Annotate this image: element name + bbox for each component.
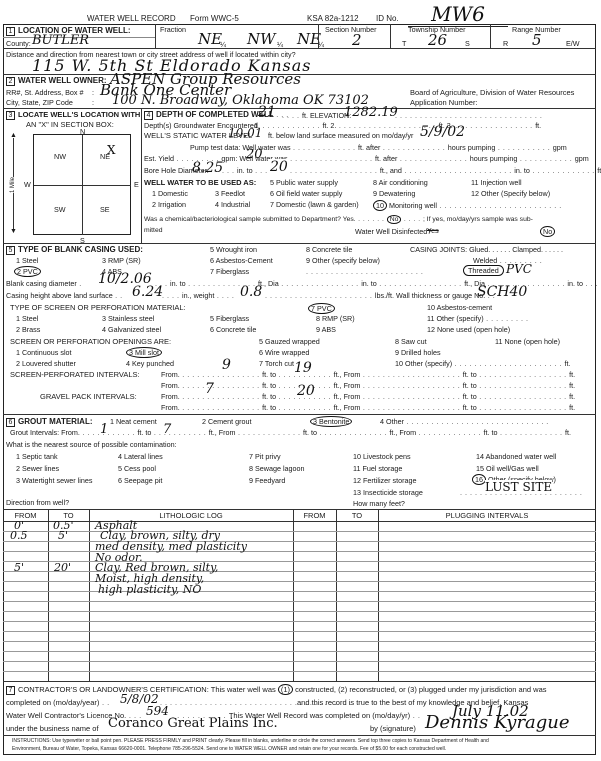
grout-2[interactable]: 2 Cement grout [202,417,252,426]
section6-title: 6GROUT MATERIAL: [6,417,93,427]
grout-3-selected[interactable]: 3 Bentonite [310,416,352,427]
township-field[interactable]: 26 [428,31,447,49]
use-11[interactable]: 11 Injection well [471,178,522,187]
disinfected-no-selected[interactable]: No [540,226,555,237]
log-row-5-to[interactable]: 20' [54,561,71,574]
use-8[interactable]: 8 Air conditioning [373,178,428,187]
signature-field[interactable]: Dennis Kyrague [425,712,570,733]
grout-to-field[interactable]: 7 [163,422,171,437]
casing-2-selected[interactable]: 2 PVC [14,266,41,277]
opening-5[interactable]: 5 Gauzed wrapped [259,337,320,346]
certification-line-1: 7CONTRACTOR'S OR LANDOWNER'S CERTIFICATI… [6,684,547,695]
wall-thickness-field[interactable]: SCH40 [477,284,527,300]
casing-6[interactable]: 6 Asbestos-Cement [210,256,273,265]
screen-1[interactable]: 1 Steel [16,314,38,323]
screen-from-field[interactable]: 9 [222,357,231,373]
east-label: E [134,180,139,189]
screen-to-field[interactable]: 19 [294,360,312,376]
contam-9[interactable]: 9 Feedyard [249,476,285,485]
sw-label: SW [54,205,66,214]
gravel-pack-label: GRAVEL PACK INTERVALS: [40,392,137,401]
direction-label: Direction from well? [6,498,69,507]
grout-4[interactable]: 4 Other . . . . . . . . . . . . . . . . … [380,417,549,426]
bore-depth-field[interactable]: 20 [268,159,290,175]
opening-8[interactable]: 8 Saw cut [395,337,427,346]
screen-intervals-label: SCREEN-PERFORATED INTERVALS: [10,370,140,379]
arrow-down-icon: ▼ [10,228,17,235]
completed-label: completed on (mo/day/year) . . [6,698,110,707]
screen-8[interactable]: 8 RMP (SR) [316,314,355,323]
form-title: WATER WELL RECORD [87,14,176,23]
gravel-from-field[interactable]: 7 [205,381,214,397]
contam-8[interactable]: 8 Sewage lagoon [249,464,305,473]
use-3[interactable]: 3 Feedlot [215,189,245,198]
address-label: RR#, St. Address, Box # [6,88,84,97]
city-label: City, State, ZIP Code [6,98,73,107]
contam-11[interactable]: 11 Fuel storage [353,464,402,473]
section5-title: 5TYPE OF BLANK CASING USED: [6,245,143,255]
log-row-7-desc[interactable]: high plasticity, NO [98,583,201,596]
weight-field[interactable]: 0.8 [240,284,262,300]
casing-9[interactable]: 9 Other (specify below) [306,256,380,265]
screen-5[interactable]: 5 Fiberglass [210,314,249,323]
id-label: ID No. [376,14,399,23]
north-label: N [80,127,85,136]
screen-4[interactable]: 4 Galvanized steel [102,325,161,334]
opening-3-selected[interactable]: 3 Mill slot [126,347,162,358]
yield-water-level-field[interactable]: 20 [246,147,263,162]
screen-3[interactable]: 3 Stainless steel [102,314,154,323]
static-level-field[interactable]: 10.01 [228,126,262,140]
blank-diameter-rest: . . . in. to . . . . . . . . . . . . . .… [155,279,601,288]
sample-mitted: mitted [144,227,163,234]
contam-4[interactable]: 4 Lateral lines [118,452,163,461]
contam-14[interactable]: 14 Abandoned water well [476,452,556,461]
constructed-selected[interactable]: (1) [278,684,293,695]
screen-7-selected[interactable]: 7 PVC [308,303,335,314]
log-row-2-to[interactable]: 5' [58,529,68,542]
screen-6[interactable]: 6 Concrete tile [210,325,256,334]
gravel-to-field[interactable]: 20 [297,383,315,399]
section3-title: 3LOCATE WELL'S LOCATION WITH [6,110,140,120]
fraction-2[interactable]: NW [247,30,276,48]
plug-header-from: FROM [293,511,336,520]
city-field[interactable]: 100 N. Broadway, Oklahoma OK 73102 [112,93,369,108]
opening-1[interactable]: 1 Continuous slot [16,348,72,357]
screen-9[interactable]: 9 ABS [316,325,336,334]
use-label: WELL WATER TO BE USED AS: [144,178,256,187]
fraction-label: Fraction [160,25,186,34]
contam-1[interactable]: 1 Septic tank [16,452,58,461]
west-label: W [24,180,31,189]
static-suffix: ft. below land surface measured on mo/da… [268,131,413,140]
business-name-field[interactable]: Coranco Great Plains Inc. [108,716,278,731]
opening-7[interactable]: 7 Torch cut [259,359,294,368]
colon: : [92,88,94,97]
instructions-line-2: Environment, Bureau of Water, Topeka, Ka… [12,746,446,752]
nw-label: NW [54,152,66,161]
location-mark: X [107,143,116,157]
range-field[interactable]: 5 [532,31,542,49]
casing-joints-label: CASING JOINTS: Glued. . . . . . Clamped.… [410,245,563,254]
application-number-label: Application Number: [410,98,478,107]
mile-label: 1 Mile [10,177,16,193]
casing-1[interactable]: 1 Steel [16,256,38,265]
section-number-label: Section Number [325,25,377,34]
use-7[interactable]: 7 Domestic (lawn & garden) [270,200,359,209]
grout-from-field[interactable]: 1 [100,422,108,437]
opening-2[interactable]: 2 Louvered shutter [16,359,76,368]
static-date-field[interactable]: 5/9/02 [420,124,465,140]
sample-no-selected[interactable]: No [387,215,402,224]
log-row-2-from[interactable]: 0.5 [10,529,28,542]
township-s: S [465,39,470,48]
contam-3[interactable]: 3 Watertight sewer lines [16,476,92,485]
wall-label: . . . . . . . . . . . . . . . . . . . . … [265,291,495,300]
county-label: County: [6,39,31,48]
range-r: R [503,39,508,48]
contam-7[interactable]: 7 Pit privy [249,452,281,461]
blank-diameter-label: Blank casing diameter . [6,279,82,288]
use-9[interactable]: 9 Dewatering [373,189,415,198]
casing-height-label: Casing height above land surface . . [6,291,123,300]
use-5[interactable]: 5 Public water supply [270,178,338,187]
board-label: Board of Agriculture, Division of Water … [410,88,574,97]
screen-11[interactable]: 11 Other (specify) . . . . . . . . . [427,314,529,323]
openings-title: SCREEN OR PERFORATION OPENINGS ARE: [10,337,171,346]
contam-2[interactable]: 2 Sewer lines [16,464,59,473]
ksa-reference: KSA 82a-1212 [307,14,359,23]
use-1[interactable]: 1 Domestic [152,189,188,198]
weight-label: . . . . in., weight . . . . [162,291,234,300]
opening-11[interactable]: 11 None (open hole) [495,337,560,346]
casing-7[interactable]: 7 Fiberglass [210,267,249,276]
use-10-selected[interactable]: 10 Monitoring well . . . . . . . . . . .… [373,200,562,211]
section-box[interactable]: NW NE SW SE X [33,134,131,235]
screen-2[interactable]: 2 Brass [16,325,40,334]
plug-header-intervals: PLUGGING INTERVALS [378,511,596,520]
bore-diameter-field[interactable]: 8.25 [192,160,223,176]
use-6[interactable]: 6 Oil field water supply [270,189,342,198]
screen-material-title: TYPE OF SCREEN OR PERFORATION MATERIAL: [10,303,186,312]
plug-header-to: TO [336,511,378,520]
how-many-feet-label: How many feet? [353,499,405,508]
disinfected-yes[interactable]: Yes [427,226,439,235]
contam-13[interactable]: 13 Insecticide storage [353,488,423,497]
township-t: T [402,39,406,48]
grout-1[interactable]: 1 Neat cement [110,417,157,426]
casing-height-field[interactable]: 6.24 [132,284,163,300]
contam-12[interactable]: 12 Fertilizer storage [353,476,417,485]
use-4[interactable]: 4 Industrial [215,200,250,209]
casing-8[interactable]: 8 Concrete tile [306,245,352,254]
section3-subtitle: AN "X" IN SECTION BOX: [26,120,114,129]
opening-10[interactable]: 10 Other (specify) . . . . . . . . . . .… [395,359,571,368]
contam-6[interactable]: 6 Seepage pit [118,476,162,485]
business-name-label: under the business name of [6,724,99,733]
county-field[interactable]: BUTLER [32,33,89,48]
casing-5[interactable]: 5 Wrought iron [210,245,257,254]
form-number: Form WWC-5 [190,14,239,23]
contam-15[interactable]: 15 Oil well/Gas well [476,464,539,473]
use-2[interactable]: 2 Irrigation [152,200,186,209]
screen-interval-row-2: From. . . . . . . . . . . . . . . . . ft… [161,381,575,390]
elevation-field[interactable]: 1282.19 [344,105,398,120]
casing-3[interactable]: 3 RMP (SR) [102,256,141,265]
opening-6[interactable]: 6 Wire wrapped [259,348,309,357]
use-12[interactable]: 12 Other (Specify below) [471,189,550,198]
threaded-note[interactable]: PVC [506,262,532,276]
section2-title: 2WATER WELL OWNER: [6,76,107,86]
log-row-5-from[interactable]: 5' [14,561,24,574]
fraction-1[interactable]: NE [198,30,222,48]
opening-9[interactable]: 9 Drilled holes [395,348,441,357]
depth-field[interactable]: 21 [258,104,276,120]
screen-10[interactable]: 10 Asbestos-cement [427,303,492,312]
threaded-selected[interactable]: Threaded [463,265,504,276]
grout-intervals-row: Grout Intervals: From. . . . . . . . . .… [10,428,571,437]
contam-other-field[interactable]: LUST SITE [485,480,552,494]
gw-1: 1. . . . . . . . . . . . . ft. 2. . . . … [254,121,541,130]
arrow-up-icon: ▲ [10,132,17,139]
gravel-interval-row-2: From. . . . . . . . . . . . . . . . . ft… [161,403,575,412]
disinfected-label: Water Well Disinfected? [355,227,431,236]
contamination-label: What is the nearest source of possible c… [6,440,177,449]
se-label: SE [100,205,110,214]
signature-label: by (signature) [370,724,416,733]
gravel-interval-row-1: From. . . . . . . . . . . . . . . . . ft… [161,392,575,401]
range-ew[interactable]: E/W [566,39,580,48]
contam-5[interactable]: 5 Cess pool [118,464,156,473]
sample-row: Was a chemical/bacteriological sample su… [144,215,533,224]
colon: : [92,98,94,107]
contam-10[interactable]: 10 Livestock pens [353,452,411,461]
instructions-line-1: INSTRUCTIONS: Use typewriter or ball poi… [12,738,489,744]
opening-4[interactable]: 4 Key punched [126,359,174,368]
log-header-from: FROM [3,511,48,520]
screen-12[interactable]: 12 None used (open hole) [427,325,510,334]
section-number-field[interactable]: 2 [352,31,362,49]
